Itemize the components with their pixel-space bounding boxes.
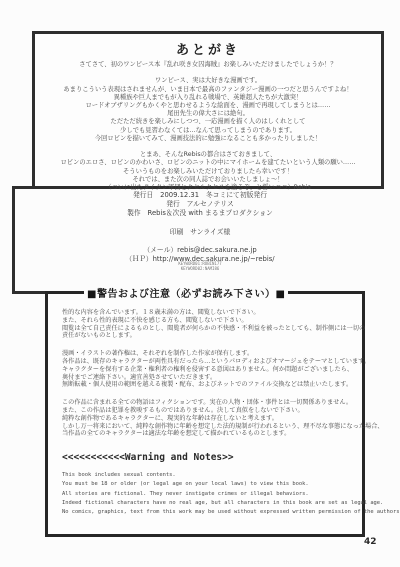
warning-and-notes-heading: <<<<<<<<<<<Warning and Notes>>: [62, 452, 352, 463]
notice-paragraph-copyright: 漫画・イラストの著作権は、それぞれを制作した作家が保有します。各作品は、既存のキ…: [62, 350, 352, 389]
afterword-title: あとがき: [35, 39, 381, 58]
warning-text-english: This book includes sexual contents.You m…: [62, 471, 352, 517]
colophon: 発行日 2009.12.31 冬コミにて初版発行発行 アルセノテリス製作 Reb…: [0, 191, 400, 265]
notice-paragraph-viewing: 性的な内容を含んでいます。１８歳未満の方は、閲覧しないで下さい。また、それら性的…: [62, 309, 352, 340]
bracket-connector-stub: [12, 291, 48, 294]
page-number: 42: [364, 537, 377, 547]
notice-box: ■警告および注意（必ずお読み下さい）■ 性的な内容を含んでいます。１８歳未満の方…: [45, 291, 365, 537]
notice-body: 性的な内容を含んでいます。１８歳未満の方は、閲覧しないで下さい。また、それら性的…: [48, 294, 362, 518]
notice-paragraph-fiction: この作品に含まれる全ての物語はフィクションです。実在の人物・団体・事件とは一切関…: [62, 399, 352, 438]
keyword-codes: KEYWORD01:ROBIN177KEYWORD02:NAMI86: [0, 262, 400, 272]
afterword-box: あとがき さてさて、初のワンピース本『乱れ咲き女囚海賊』お楽しみいただけましたで…: [32, 31, 384, 189]
afterword-text: さてさて、初のワンピース本『乱れ咲き女囚海賊』お楽しみいただけましたでしょうか！…: [35, 61, 381, 192]
notice-title: ■警告および注意（必ずお読み下さい）■: [84, 285, 288, 300]
